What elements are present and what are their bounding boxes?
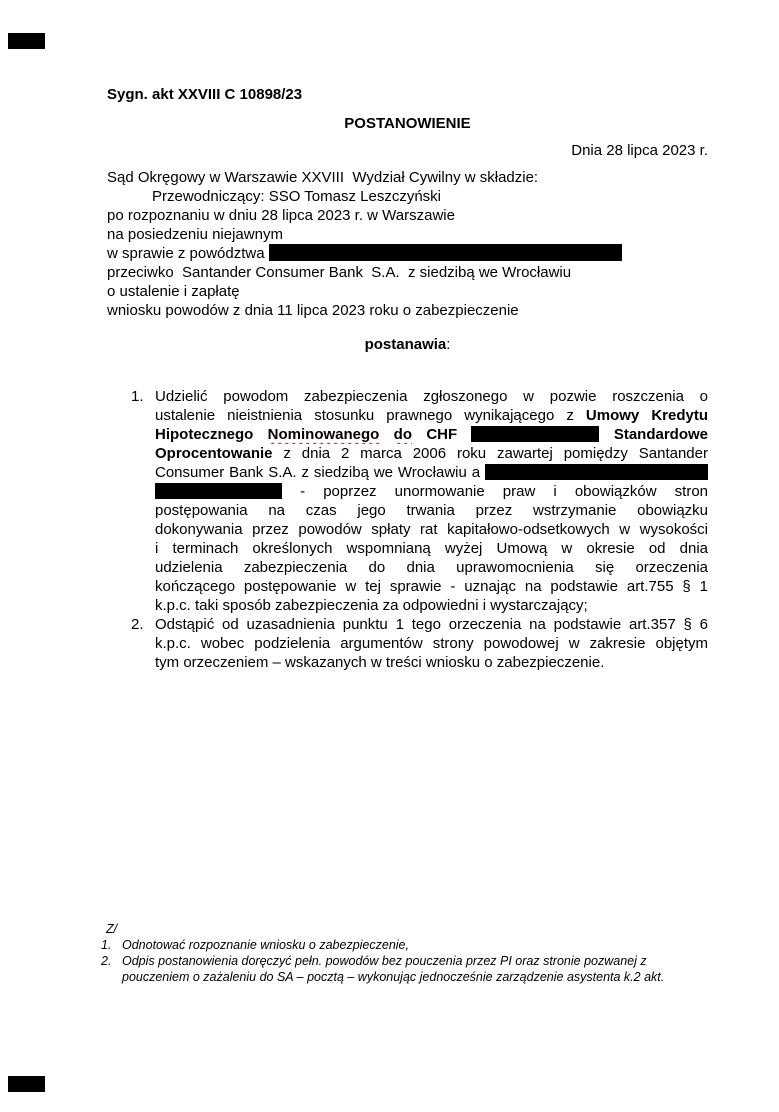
text-segment: Oprocentowanie: [155, 445, 273, 462]
text-segment: udzielenia zabezpieczenia do dnia uprawo…: [155, 559, 708, 576]
decision-colon: :: [446, 336, 450, 353]
redaction-bar: [155, 483, 282, 499]
preamble-line: Sąd Okręgowy w Warszawie XXVIII Wydział …: [107, 168, 708, 187]
case-number: Sygn. akt XXVIII C 10898/23: [107, 86, 708, 103]
list-number: 1.: [131, 387, 144, 406]
decision-heading: postanawia:: [107, 336, 708, 353]
preamble-line: przeciwko Santander Consumer Bank S.A. z…: [107, 263, 708, 282]
text-line: udzielenia zabezpieczenia do dnia uprawo…: [155, 558, 708, 577]
footer-item-text: Odnotować rozpoznanie wniosku o zabezpie…: [122, 937, 715, 953]
redaction-mark-top-left: [8, 33, 45, 49]
text-segment: tym orzeczeniem – wskazanych w treści wn…: [155, 654, 604, 671]
ruling-list: 1.Udzielić powodom zabezpieczenia zgłosz…: [107, 387, 708, 672]
footer-item: 1.Odnotować rozpoznanie wniosku o zabezp…: [101, 937, 715, 953]
redaction-bar: [269, 244, 622, 261]
list-number: 2.: [101, 953, 122, 985]
text-segment: dokonywania przez powodów spłaty rat kap…: [155, 521, 708, 538]
misspelled-word: Nominowanego: [268, 426, 380, 443]
footer-item: 2.Odpis postanowienia doręczyć pełn. pow…: [101, 953, 715, 985]
ruling-item: 1.Udzielić powodom zabezpieczenia zgłosz…: [107, 387, 708, 615]
text-line: Odnotować rozpoznanie wniosku o zabezpie…: [122, 937, 715, 953]
text-line: dokonywania przez powodów spłaty rat kap…: [155, 520, 708, 539]
text-line: ustalenie nieistnienia stosunku prawnego…: [155, 406, 708, 425]
text-segment: i terminach określonych wspomnianą wyżej…: [155, 540, 708, 557]
preamble-line: na posiedzeniu niejawnym: [107, 225, 708, 244]
text-line: kończącego postępowanie w tej sprawie - …: [155, 577, 708, 596]
text-segment: Standardowe: [614, 426, 708, 443]
text-segment: [599, 426, 613, 443]
text-segment: ustalenie nieistnienia stosunku prawnego…: [155, 407, 586, 424]
redaction-mark-bottom-left: [8, 1076, 45, 1092]
date-line: Dnia 28 lipca 2023 r.: [107, 142, 708, 159]
text-line: Consumer Bank S.A. z siedzibą we Wrocław…: [155, 463, 708, 482]
ruling-item: 2.Odstąpić od uzasadnienia punktu 1 tego…: [107, 615, 708, 672]
list-number: 2.: [131, 615, 144, 634]
preamble-line: wniosku powodów z dnia 11 lipca 2023 rok…: [107, 301, 708, 320]
misspelled-word: do: [394, 426, 412, 443]
text-line: Odpis postanowienia doręczyć pełn. powod…: [122, 953, 715, 969]
footer-list: 1.Odnotować rozpoznanie wniosku o zabezp…: [101, 937, 715, 985]
text-segment: Consumer Bank S.A. z siedzibą we Wrocław…: [155, 464, 485, 481]
text-segment: k.p.c. wobec podzielenia argumentów stro…: [155, 635, 708, 652]
text-segment: [379, 426, 393, 443]
text-line: Hipotecznego Nominowanego do CHF Standar…: [155, 425, 708, 444]
text-segment: Odstąpić od uzasadnienia punktu 1 tego o…: [155, 616, 708, 633]
footer-label: Z/: [101, 921, 715, 937]
text-line: i terminach określonych wspomnianą wyżej…: [155, 539, 708, 558]
preamble: Sąd Okręgowy w Warszawie XXVIII Wydział …: [107, 168, 708, 320]
text-segment: - poprzez unormowanie praw i obowiązków …: [282, 483, 708, 500]
preamble-line: w sprawie z powództwa: [107, 244, 708, 263]
document-page: Sygn. akt XXVIII C 10898/23 POSTANOWIENI…: [0, 0, 779, 1112]
list-number: 1.: [101, 937, 122, 953]
redaction-bar: [471, 426, 599, 442]
decision-word: postanawia: [365, 336, 447, 353]
text-line: Udzielić powodom zabezpieczenia zgłoszon…: [155, 387, 708, 406]
preamble-line: po rozpoznaniu w dniu 28 lipca 2023 r. w…: [107, 206, 708, 225]
text-segment: CHF: [412, 426, 471, 443]
footer-notes: Z/ 1.Odnotować rozpoznanie wniosku o zab…: [101, 921, 715, 985]
text-line: pouczeniem o zażaleniu do SA – pocztą – …: [122, 969, 715, 985]
text-segment: kończącego postępowanie w tej sprawie - …: [155, 578, 708, 595]
text-line: Odstąpić od uzasadnienia punktu 1 tego o…: [155, 615, 708, 634]
text-segment: k.p.c. taki sposób zabezpieczenia za odp…: [155, 597, 588, 614]
text-line: postępowania na czas jego trwania przez …: [155, 501, 708, 520]
text-segment: Umowy Kredytu: [586, 407, 708, 424]
text-line: k.p.c. taki sposób zabezpieczenia za odp…: [155, 596, 708, 615]
text-segment: Hipotecznego: [155, 426, 268, 443]
text-line: tym orzeczeniem – wskazanych w treści wn…: [155, 653, 708, 672]
preamble-line: o ustalenie i zapłatę: [107, 282, 708, 301]
text-line: k.p.c. wobec podzielenia argumentów stro…: [155, 634, 708, 653]
footer-item-text: Odpis postanowienia doręczyć pełn. powod…: [122, 953, 715, 985]
text-segment: z dnia 2 marca 2006 roku zawartej pomięd…: [273, 445, 708, 462]
text-segment: postępowania na czas jego trwania przez …: [155, 502, 708, 519]
preamble-line: Przewodniczący: SSO Tomasz Leszczyński: [107, 187, 708, 206]
text-line: - poprzez unormowanie praw i obowiązków …: [155, 482, 708, 501]
document-title: POSTANOWIENIE: [107, 115, 708, 132]
redaction-bar: [485, 464, 708, 480]
text-line: Oprocentowanie z dnia 2 marca 2006 roku …: [155, 444, 708, 463]
text-segment: Udzielić powodom zabezpieczenia zgłoszon…: [155, 388, 708, 405]
